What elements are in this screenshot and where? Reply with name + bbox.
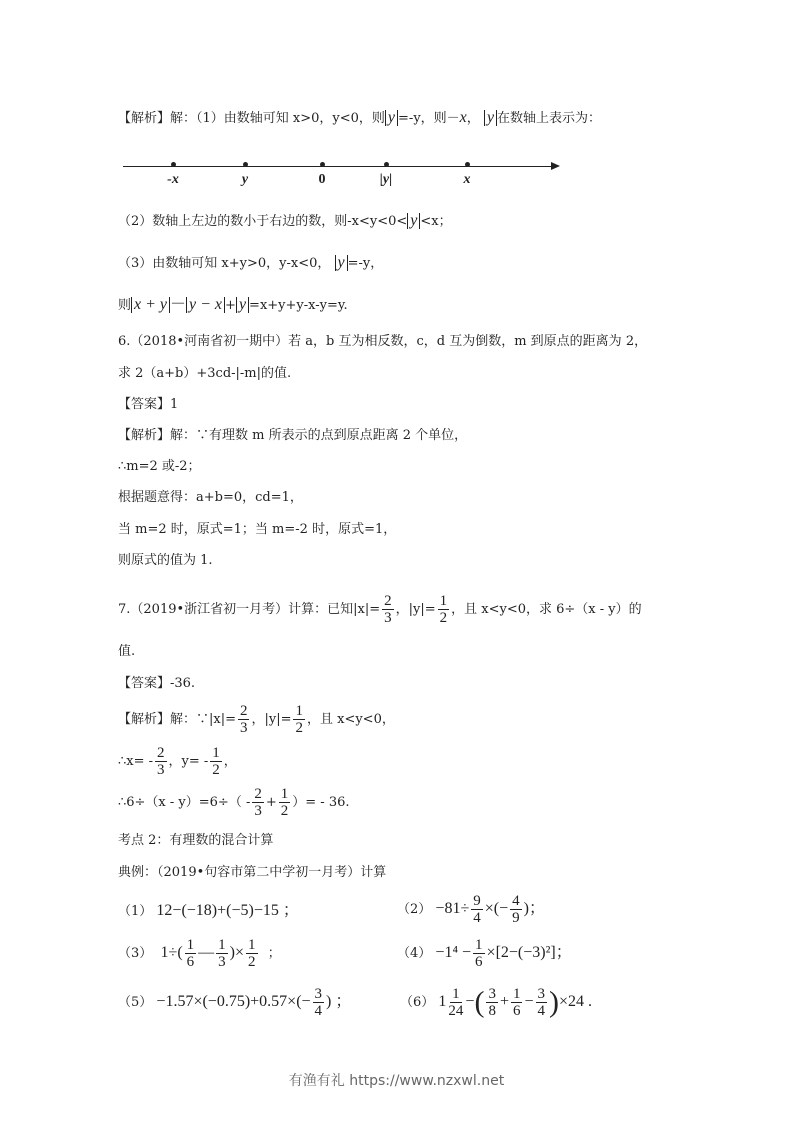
text: =-y， bbox=[348, 256, 384, 271]
text: + bbox=[225, 298, 236, 313]
text: ，且 x<y<0，求 6÷（x - y）的 bbox=[451, 602, 642, 617]
expression: 1÷( bbox=[161, 944, 183, 961]
problem-label: （1） bbox=[118, 904, 152, 919]
numerator: 1 bbox=[438, 593, 450, 610]
number-line-axis bbox=[123, 166, 555, 167]
fraction: 94 bbox=[471, 893, 483, 926]
footer-watermark: 有渔有礼 https://www.nzxwl.net bbox=[0, 1070, 793, 1090]
paren-close: ) bbox=[549, 986, 559, 1019]
q6-answer: 【答案】1 bbox=[118, 396, 178, 414]
numerator: 1 bbox=[210, 745, 222, 762]
point-zero bbox=[320, 162, 325, 167]
point-abs-y bbox=[384, 162, 389, 167]
q6-line2: 求 2（a+b）+3cd-|-m|的值. bbox=[118, 365, 291, 383]
fraction: 124 bbox=[448, 986, 463, 1019]
problem-6: （6） 1124−(38+16−34)×24 . bbox=[400, 985, 592, 1020]
fraction: 23 bbox=[238, 703, 250, 736]
numerator: 2 bbox=[252, 786, 264, 803]
numerator: 1 bbox=[216, 937, 228, 954]
number-line-diagram: -x y 0 |y| x bbox=[123, 150, 563, 195]
fraction: 12 bbox=[438, 593, 450, 626]
text: （2）数轴上左边的数小于右边的数，则-x<y<0< bbox=[118, 214, 407, 229]
abs-y: y bbox=[335, 255, 348, 271]
fraction: 34 bbox=[536, 986, 548, 1019]
denominator: 4 bbox=[315, 1003, 323, 1019]
numerator: 2 bbox=[382, 593, 394, 610]
numerator: 2 bbox=[238, 703, 250, 720]
label-zero: 0 bbox=[319, 172, 326, 188]
abs-y: y bbox=[484, 110, 497, 126]
denominator: 3 bbox=[157, 762, 165, 778]
x-var: x bbox=[460, 109, 467, 126]
text: <x； bbox=[420, 214, 451, 229]
fraction: 12 bbox=[293, 703, 305, 736]
denominator: 2 bbox=[281, 803, 289, 819]
text: =x+y+y-x-y=y. bbox=[249, 298, 348, 313]
numerator: 3 bbox=[486, 986, 498, 1003]
problem-1: （1） 12−(−18)+(−5)−15 ； bbox=[118, 896, 299, 927]
problem-3: （3） 1÷(16—13)×12 ； bbox=[118, 936, 281, 971]
analysis5-line3: （3）由数轴可知 x+y>0，y-x<0， y=-y， bbox=[118, 255, 383, 273]
numerator: 1 bbox=[511, 986, 523, 1003]
fraction: 16 bbox=[511, 986, 523, 1019]
denominator: 2 bbox=[212, 762, 220, 778]
label-abs-y: |y| bbox=[380, 172, 392, 188]
abs-x-plus-y: x + y bbox=[131, 297, 170, 313]
text: 【解析】解：（1）由数轴可知 x>0，y<0，则 bbox=[118, 111, 385, 126]
expression: ×24 . bbox=[559, 993, 592, 1010]
fraction: 23 bbox=[382, 593, 394, 626]
q7-analysis-3: ∴6÷（x - y）=6÷（ -23+12）= - 36. bbox=[118, 786, 350, 820]
q6-analysis-4: 当 m=2 时，原式=1；当 m=-2 时，原式=1， bbox=[118, 521, 396, 539]
q6-analysis-2: ∴m=2 或-2； bbox=[118, 458, 201, 476]
denominator: 4 bbox=[473, 910, 481, 926]
analysis5-line4: 则x + y－y − x+y=x+y+y-x-y=y. bbox=[118, 296, 348, 315]
numerator: 4 bbox=[510, 893, 522, 910]
fraction: 16 bbox=[473, 937, 485, 970]
fraction: 49 bbox=[510, 893, 522, 926]
numerator: 3 bbox=[536, 986, 548, 1003]
expression: −81÷ bbox=[435, 900, 469, 917]
problem-2: （2） −81÷94×(−49)； bbox=[397, 892, 545, 927]
denominator: 8 bbox=[488, 1003, 496, 1019]
point-neg-x bbox=[171, 162, 176, 167]
denominator: 2 bbox=[295, 720, 303, 736]
expression: 12−(−18)+(−5)−15 ； bbox=[156, 902, 298, 919]
text: 在数轴上表示为： bbox=[497, 111, 601, 126]
numerator: 3 bbox=[313, 986, 325, 1003]
problem-label: （5） bbox=[118, 995, 152, 1010]
fraction: 12 bbox=[210, 745, 222, 778]
text: ， bbox=[224, 754, 237, 769]
numerator: 2 bbox=[155, 745, 167, 762]
expression: + bbox=[500, 993, 509, 1010]
analysis5-line1: 【解析】解：（1）由数轴可知 x>0，y<0，则y=-y，则－x， y在数轴上表… bbox=[118, 109, 601, 128]
numerator: 1 bbox=[450, 986, 462, 1003]
paren-open: ( bbox=[474, 986, 484, 1019]
problem-5: （5） −1.57×(−0.75)+0.57×(−34) ； bbox=[118, 985, 351, 1020]
q6-line1: 6.（2018•河南省初一期中）若 a，b 互为相反数，c，d 互为倒数，m 到… bbox=[118, 333, 647, 351]
expression: 1 bbox=[438, 993, 446, 1010]
denominator: 6 bbox=[475, 954, 483, 970]
q7-line1: 7.（2019•浙江省初一月考）计算：已知|x|=23，|y|=12，且 x<y… bbox=[118, 593, 642, 627]
denominator: 4 bbox=[538, 1003, 546, 1019]
problem-label: （2） bbox=[397, 902, 431, 917]
q7-line2: 值. bbox=[118, 643, 135, 661]
denominator: 3 bbox=[218, 954, 226, 970]
denominator: 3 bbox=[254, 803, 262, 819]
denominator: 6 bbox=[513, 1003, 521, 1019]
q6-analysis-5: 则原式的值为 1. bbox=[118, 552, 213, 570]
text: ，且 x<y<0， bbox=[307, 712, 395, 727]
abs-y: y bbox=[407, 213, 420, 229]
expression: — bbox=[198, 944, 214, 961]
topic2-example: 典例：（2019•句容市第二中学初一月考）计算 bbox=[118, 864, 386, 882]
abs-y-minus-x: y − x bbox=[186, 297, 225, 313]
q6-analysis-3: 根据题意得：a+b=0，cd=1， bbox=[118, 489, 303, 507]
text: + bbox=[266, 795, 277, 810]
analysis5-line2: （2）数轴上左边的数小于右边的数，则-x<y<0<y<x； bbox=[118, 213, 452, 231]
point-y bbox=[243, 162, 248, 167]
text: ∴6÷（x - y）=6÷（ - bbox=[118, 795, 250, 810]
expression: ×[2−(−3)²]； bbox=[487, 944, 572, 961]
q7-analysis-2: ∴x= -23，y= -12， bbox=[118, 745, 237, 779]
label-y: y bbox=[242, 172, 248, 188]
denominator: 9 bbox=[512, 910, 520, 926]
fraction: 34 bbox=[313, 986, 325, 1019]
label-x: x bbox=[464, 172, 471, 188]
fraction: 13 bbox=[216, 937, 228, 970]
abs-y: y bbox=[236, 297, 249, 313]
numerator: 9 bbox=[471, 893, 483, 910]
fraction: 23 bbox=[252, 786, 264, 819]
text: ， bbox=[467, 111, 480, 126]
denominator: 3 bbox=[384, 610, 392, 626]
abs-y: y bbox=[385, 110, 398, 126]
text: =-y，则－ bbox=[398, 111, 460, 126]
text: （3）由数轴可知 x+y>0，y-x<0， bbox=[118, 256, 330, 271]
denominator: 24 bbox=[448, 1003, 463, 1019]
expression: )； bbox=[524, 900, 545, 917]
expression: − bbox=[524, 993, 533, 1010]
text: － bbox=[170, 296, 186, 313]
fraction: 12 bbox=[246, 937, 258, 970]
q7-analysis-1: 【解析】解：∵|x|=23，|y|=12，且 x<y<0， bbox=[118, 703, 395, 737]
problem-label: （3） bbox=[118, 946, 152, 961]
fraction: 12 bbox=[279, 786, 291, 819]
text: ）= - 36. bbox=[292, 795, 349, 810]
expression: −1.57×(−0.75)+0.57×(− bbox=[156, 993, 310, 1010]
text: 【解析】解：∵|x|= bbox=[118, 712, 236, 727]
expression: −1⁴ − bbox=[435, 944, 471, 961]
arrow-right-icon bbox=[551, 162, 560, 170]
text: ，|y|= bbox=[251, 712, 291, 727]
problem-4: （4） −1⁴ −16×[2−(−3)²]； bbox=[397, 936, 572, 971]
fraction: 16 bbox=[185, 937, 197, 970]
fraction: 23 bbox=[155, 745, 167, 778]
q7-answer: 【答案】-36. bbox=[118, 675, 195, 693]
numerator: 1 bbox=[473, 937, 485, 954]
denominator: 2 bbox=[248, 954, 256, 970]
denominator: 2 bbox=[440, 610, 448, 626]
expression: )× bbox=[230, 944, 244, 961]
topic2-title: 考点 2：有理数的混合计算 bbox=[118, 832, 273, 850]
text: ，|y|= bbox=[396, 602, 436, 617]
numerator: 1 bbox=[279, 786, 291, 803]
numerator: 1 bbox=[185, 937, 197, 954]
numerator: 1 bbox=[246, 937, 258, 954]
fraction: 38 bbox=[486, 986, 498, 1019]
problem-label: （4） bbox=[397, 946, 431, 961]
point-x bbox=[465, 162, 470, 167]
expression: ； bbox=[268, 946, 281, 961]
label-neg-x: -x bbox=[167, 172, 179, 188]
text: ，y= - bbox=[169, 754, 209, 769]
text: 则 bbox=[118, 298, 131, 313]
denominator: 3 bbox=[240, 720, 248, 736]
text: ∴x= - bbox=[118, 754, 153, 769]
q6-analysis-1: 【解析】解：∵有理数 m 所表示的点到原点距离 2 个单位， bbox=[118, 427, 467, 445]
expression: ×(− bbox=[485, 900, 508, 917]
numerator: 1 bbox=[293, 703, 305, 720]
problem-label: （6） bbox=[400, 995, 434, 1010]
expression: ) ； bbox=[326, 993, 351, 1010]
denominator: 6 bbox=[187, 954, 195, 970]
text: 7.（2019•浙江省初一月考）计算：已知|x|= bbox=[118, 602, 380, 617]
